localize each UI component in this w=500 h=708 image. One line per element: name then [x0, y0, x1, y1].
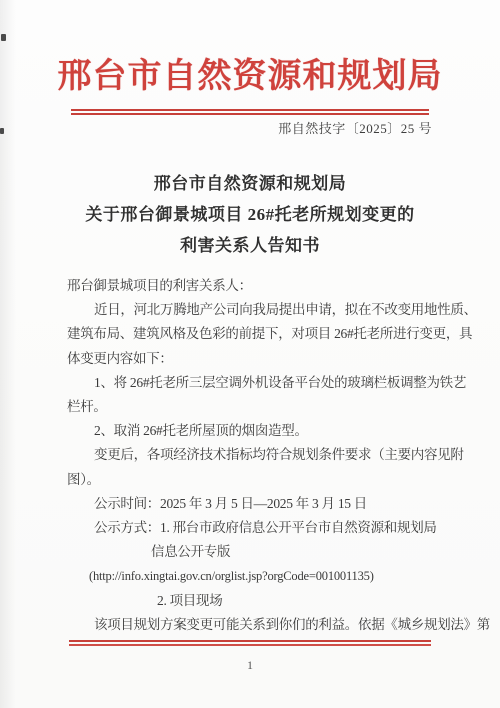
body-line: 图）。: [67, 468, 443, 492]
body-line-item-1: 1、将 26#托老所三层空调外机设备平台处的玻璃栏板调整为铁艺: [67, 371, 443, 395]
body-line: 2. 项目现场: [67, 589, 443, 613]
letterhead: 邢台市自然资源和规划局 邢自然技字〔2025〕25 号: [0, 0, 500, 138]
document-reference-number: 邢自然技字〔2025〕25 号: [0, 120, 500, 138]
body-line: 该项目规划方案变更可能关系到你们的利益。依据《城乡规划法》第: [67, 613, 443, 637]
notice-title-line: 关于邢台御景城项目 26#托老所规划变更的: [0, 199, 500, 230]
publicity-method-line: 公示方式：1. 邢台市政府信息公开平台市自然资源和规划局: [67, 516, 443, 540]
salutation-line: 邢台御景城项目的利害关系人：: [67, 274, 443, 298]
footer-red-divider: [69, 640, 431, 646]
body-line: 近日，河北万腾地产公司向我局提出申请，拟在不改变用地性质、: [67, 298, 443, 322]
notice-title: 邢台市自然资源和规划局 关于邢台御景城项目 26#托老所规划变更的 利害关系人告…: [0, 168, 500, 261]
scanned-document-page: 邢台市自然资源和规划局 邢自然技字〔2025〕25 号 邢台市自然资源和规划局 …: [0, 0, 500, 708]
body-line: 变更后，各项经济技术指标均符合规划条件要求（主要内容见附: [67, 443, 443, 467]
publicity-period-line: 公示时间：2025 年 3 月 5 日—2025 年 3 月 15 日: [67, 492, 443, 516]
agency-letterhead-title: 邢台市自然资源和规划局: [0, 0, 500, 98]
notice-title-line: 邢台市自然资源和规划局: [0, 168, 500, 199]
notice-title-line: 利害关系人告知书: [0, 230, 500, 261]
body-line: 建筑布局、建筑风格及色彩的前提下，对项目 26#托老所进行变更，具: [67, 322, 443, 346]
page-number: 1: [0, 658, 500, 673]
notice-body: 邢台御景城项目的利害关系人： 近日，河北万腾地产公司向我局提出申请，拟在不改变用…: [67, 274, 443, 637]
scan-artifact-speck: [1, 34, 6, 41]
body-line: 信息公开专版: [67, 540, 443, 564]
body-line: 体变更内容如下：: [67, 347, 443, 371]
publicity-url-line: (http://info.xingtai.gov.cn/orglist.jsp?…: [67, 564, 443, 588]
body-line-item-2: 2、取消 26#托老所屋顶的烟囱造型。: [67, 419, 443, 443]
scan-artifact-speck: [0, 128, 4, 134]
letterhead-red-divider: [71, 109, 429, 115]
body-line: 栏杆。: [67, 395, 443, 419]
